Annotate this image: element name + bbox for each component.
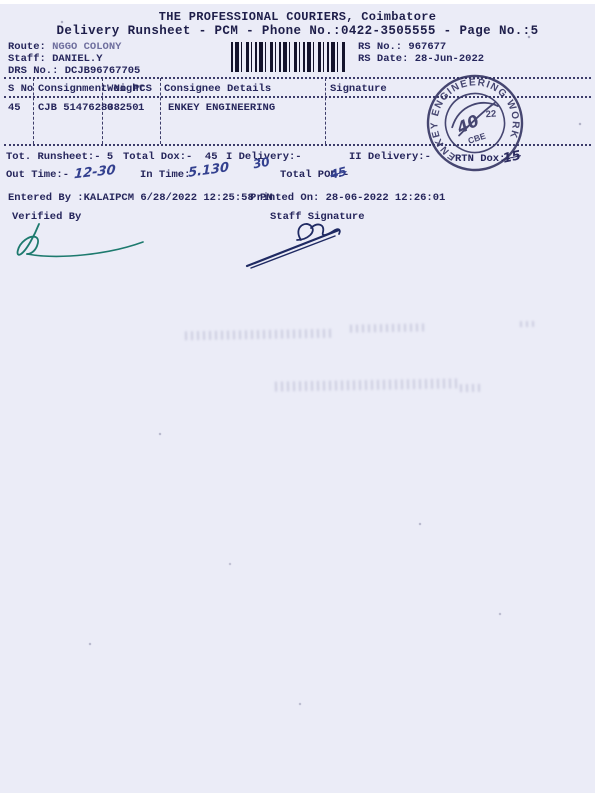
- rs-no-label: RS No.:: [358, 41, 402, 53]
- table-col-divider: [325, 78, 326, 144]
- col-header-sno: S No: [8, 83, 33, 95]
- entered-by: Entered By :KALAIPCM 6/28/2022 12:25:58 …: [8, 192, 273, 204]
- staff-line: Staff: DANIEL.Y: [8, 53, 103, 65]
- rs-no-value: 967677: [408, 41, 446, 53]
- scanned-page: THE PROFESSIONAL COURIERS, Coimbatore De…: [0, 4, 595, 793]
- row-pcs: 1: [138, 102, 144, 114]
- i-delivery-handwritten: 30: [252, 155, 271, 172]
- out-time-label: Out Time:-: [6, 169, 69, 181]
- rs-date-label: RS Date:: [358, 53, 408, 65]
- ii-delivery-label: II Delivery:-: [349, 151, 431, 163]
- barcode: [231, 42, 345, 72]
- bleed-through-smudge: [350, 323, 428, 332]
- staff-signature: [243, 218, 355, 270]
- stamp-year: 22: [485, 109, 496, 121]
- route-label: Route:: [8, 41, 46, 53]
- drs-line: DRS No.: DCJB96767705: [8, 65, 140, 77]
- drs-label: DRS No.:: [8, 65, 58, 77]
- route-line: Route: NGGO COLONY: [8, 41, 121, 53]
- verified-by-signature: [15, 216, 150, 264]
- row-sno: 45: [8, 102, 21, 114]
- bleed-through-smudge: [185, 329, 335, 341]
- tot-runsheet: Tot. Runsheet:- 5: [6, 151, 113, 163]
- printed-on: Printed On: 28-06-2022 12:26:01: [250, 192, 445, 204]
- col-header-consignee: Consignee Details: [164, 83, 271, 95]
- scanned-delivery-runsheet: { "page": { "bg": "#ebecf7", "ink": "#26…: [0, 0, 600, 800]
- bleed-through-smudge: [520, 321, 538, 327]
- in-time-label: In Time:: [140, 169, 190, 181]
- rs-no-line: RS No.: 967677: [358, 41, 446, 53]
- table-col-divider: [160, 78, 161, 144]
- drs-value: DCJB96767705: [65, 65, 141, 77]
- row-weight: 0.250: [107, 102, 139, 114]
- bleed-through-smudge: [460, 384, 482, 392]
- staff-value: DANIEL.Y: [52, 53, 102, 65]
- bleed-through-smudge: [275, 378, 457, 391]
- total-dox: Total Dox:- 45: [123, 151, 218, 163]
- row-consignee: ENKEY ENGINEERING: [168, 102, 275, 114]
- company-title: THE PROFESSIONAL COURIERS, Coimbatore: [0, 10, 595, 24]
- col-header-signature: Signature: [330, 83, 387, 95]
- runsheet-subtitle: Delivery Runsheet - PCM - Phone No.:0422…: [0, 24, 595, 38]
- col-header-pcs: PCS: [133, 83, 152, 95]
- route-value: NGGO COLONY: [52, 41, 121, 53]
- staff-label: Staff:: [8, 53, 46, 65]
- out-time-handwritten: 12-30: [74, 163, 116, 183]
- in-time-handwritten: 5.130: [188, 160, 229, 181]
